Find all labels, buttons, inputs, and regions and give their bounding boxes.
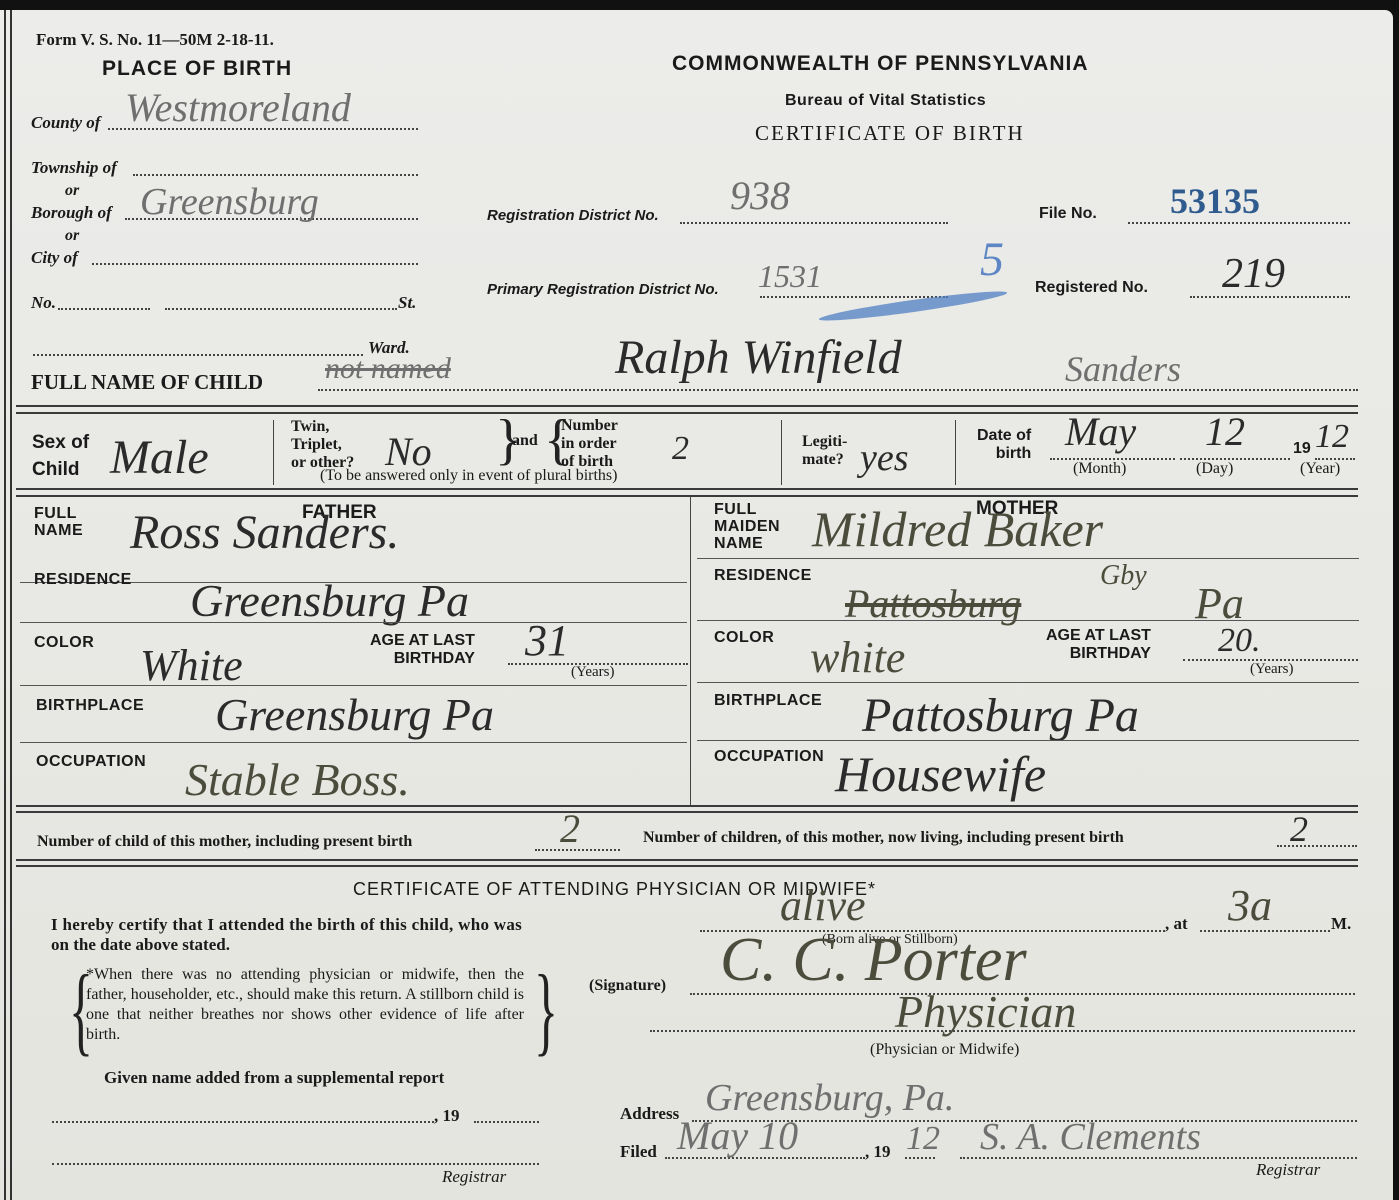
mother-rule-1 xyxy=(697,558,1359,559)
sex-label-2: Child xyxy=(32,459,80,481)
mother-rule-3 xyxy=(697,682,1359,683)
rule-3a xyxy=(16,805,1358,807)
city-label: City of xyxy=(31,248,78,268)
mother-occupation-label: OCCUPATION xyxy=(714,748,824,766)
registrar-label: Registrar xyxy=(1256,1160,1320,1180)
township-line xyxy=(133,174,418,176)
father-residence-label: RESIDENCE xyxy=(34,571,132,589)
mother-name-label: FULL MAIDEN NAME xyxy=(714,501,780,552)
filed-year-prefix: , 19 xyxy=(865,1142,891,1162)
mother-years-caption: (Years) xyxy=(1250,661,1293,678)
father-name-value: Ross Sanders. xyxy=(130,505,399,560)
mother-age-label-2: BIRTHDAY xyxy=(1046,645,1151,663)
mother-birthplace-label: BIRTHPLACE xyxy=(714,692,822,710)
father-rule-2 xyxy=(20,622,687,623)
or-label-1: or xyxy=(65,182,79,200)
at-label: , at xyxy=(1165,914,1188,934)
left-border-outer xyxy=(4,10,6,1200)
dob-day-value: 12 xyxy=(1205,408,1245,455)
dob-label-line-1: Date of xyxy=(977,427,1031,445)
day-caption: (Day) xyxy=(1196,460,1233,478)
mother-name-label-2: MAIDEN xyxy=(714,518,780,535)
m-label: M. xyxy=(1331,914,1351,934)
twin-label: Twin, Triplet, or other? xyxy=(291,418,354,472)
order-value: 2 xyxy=(672,430,689,468)
mother-name-label-1: FULL xyxy=(714,501,780,518)
divider-legit xyxy=(781,420,782,485)
mother-rule-4 xyxy=(697,740,1359,741)
time-value: 3a xyxy=(1228,880,1272,931)
plural-note: (To be answered only in event of plural … xyxy=(320,467,617,485)
primary-district-line xyxy=(760,296,948,298)
living-label: Number of children, of this mother, now … xyxy=(643,829,1124,847)
mother-color-value: white xyxy=(810,632,905,683)
child-surname: Sanders xyxy=(1065,348,1181,390)
ward-line xyxy=(33,354,363,356)
mother-color-label: COLOR xyxy=(714,629,774,647)
father-birthplace-label: BIRTHPLACE xyxy=(36,697,144,715)
rule-2b xyxy=(16,495,1358,497)
divider-twin xyxy=(273,420,274,485)
dob-year-value: 12 xyxy=(1315,418,1349,456)
primary-district-label: Primary Registration District No. xyxy=(487,281,719,298)
registration-district-value: 938 xyxy=(730,172,790,219)
child-name-struck: not named xyxy=(325,352,451,386)
rule-3b xyxy=(16,811,1358,813)
rule-1b xyxy=(16,412,1358,414)
supp-registrar-line xyxy=(52,1163,539,1165)
blue-pencil-mark: 5 xyxy=(980,232,1004,287)
address-label: Address xyxy=(620,1104,679,1124)
supplemental-label: Given name added from a supplemental rep… xyxy=(104,1068,444,1088)
father-age-value: 31 xyxy=(525,615,569,666)
father-birthplace-value: Greensburg Pa xyxy=(215,688,494,741)
order-label-line-2: in order xyxy=(561,435,618,453)
legit-label: Legiti- mate? xyxy=(802,433,847,469)
divider-date xyxy=(955,420,956,485)
registration-district-label: Registration District No. xyxy=(487,207,659,224)
year-caption: (Year) xyxy=(1300,460,1340,478)
father-residence-value: Greensburg Pa xyxy=(190,574,469,627)
father-occupation-value: Stable Boss. xyxy=(185,753,410,806)
father-name-label-1: FULL xyxy=(34,505,83,522)
sex-label-1: Sex of xyxy=(32,432,89,454)
mother-rule-2 xyxy=(697,620,1359,621)
or-label-2: or xyxy=(65,227,79,245)
alive-value: alive xyxy=(780,880,866,931)
child-name-label: FULL NAME OF CHILD xyxy=(31,370,263,395)
father-occupation-label: OCCUPATION xyxy=(36,753,146,771)
father-color-value: White xyxy=(140,640,243,691)
dob-year-prefix: 19 xyxy=(1293,440,1311,458)
rule-1a xyxy=(16,405,1358,407)
child-given-names: Ralph Winfield xyxy=(615,330,902,385)
month-caption: (Month) xyxy=(1073,460,1126,478)
father-rule-4 xyxy=(20,742,687,743)
title-value: Physician xyxy=(895,985,1076,1038)
dob-label: Date of birth xyxy=(977,427,1031,463)
borough-value: Greensburg xyxy=(140,180,319,224)
title-caption: (Physician or Midwife) xyxy=(870,1041,1019,1059)
supp-year-prefix: , 19 xyxy=(434,1106,460,1126)
father-years-caption: (Years) xyxy=(571,664,614,681)
child-name-line xyxy=(318,389,1358,391)
supp-name-line xyxy=(52,1121,434,1123)
signature-label: (Signature) xyxy=(589,977,666,995)
legit-value: yes xyxy=(860,436,909,480)
mother-residence-label: RESIDENCE xyxy=(714,567,812,585)
father-rule-3 xyxy=(20,685,687,686)
physician-note: *When there was no attending physician o… xyxy=(86,965,524,1045)
living-value: 2 xyxy=(1290,808,1308,850)
father-age-label: AGE AT LAST BIRTHDAY xyxy=(370,632,475,668)
township-label: Township of xyxy=(31,158,117,178)
father-age-label-2: BIRTHDAY xyxy=(370,650,475,668)
rule-4b xyxy=(16,865,1358,867)
father-age-label-1: AGE AT LAST xyxy=(370,632,475,650)
file-no-line xyxy=(1128,222,1350,224)
supp-registrar-label: Registrar xyxy=(442,1167,506,1187)
registered-no-value: 219 xyxy=(1222,250,1285,298)
twin-label-line-1: Twin, xyxy=(291,418,354,436)
form-id: Form V. S. No. 11—50M 2-18-11. xyxy=(36,30,274,50)
commonwealth-title: COMMONWEALTH OF PENNSYLVANIA xyxy=(672,52,1088,76)
place-of-birth-heading: PLACE OF BIRTH xyxy=(102,57,292,81)
registered-no-label: Registered No. xyxy=(1035,279,1148,297)
file-no-value: 53135 xyxy=(1170,180,1260,222)
mother-occupation-value: Housewife xyxy=(835,745,1046,803)
street-name-line xyxy=(165,308,397,310)
father-name-label-2: NAME xyxy=(34,522,83,539)
dob-month-value: May xyxy=(1065,408,1136,455)
divider-parents xyxy=(690,497,691,807)
mother-age-label: AGE AT LAST BIRTHDAY xyxy=(1046,627,1151,663)
registration-district-line xyxy=(680,222,948,224)
county-label: County of xyxy=(31,113,100,133)
mother-name-label-3: NAME xyxy=(714,535,780,552)
sex-value: Male xyxy=(110,430,209,485)
street-no-label: No. xyxy=(31,293,56,313)
street-label: St. xyxy=(398,293,416,313)
filed-date-value: May 10 xyxy=(677,1112,798,1159)
county-value: Westmoreland xyxy=(125,84,351,131)
legit-label-line-1: Legiti- xyxy=(802,433,847,451)
primary-district-value: 1531 xyxy=(758,258,822,295)
father-name-label: FULL NAME xyxy=(34,505,83,539)
certificate-title: CERTIFICATE OF BIRTH xyxy=(755,121,1025,146)
and-label: and xyxy=(512,432,538,450)
child-number-value: 2 xyxy=(560,805,580,852)
living-line xyxy=(1277,845,1357,847)
mother-age-value: 20. xyxy=(1218,622,1261,660)
rule-2a xyxy=(16,488,1358,490)
order-label: Number in order of birth xyxy=(561,417,618,471)
twin-label-line-2: Triplet, xyxy=(291,436,354,454)
certify-text: I hereby certify that I attended the bir… xyxy=(51,915,522,935)
legit-label-line-2: mate? xyxy=(802,451,847,469)
file-no-label: File No. xyxy=(1039,205,1097,223)
street-no-line xyxy=(58,308,150,310)
mother-name-value: Mildred Baker xyxy=(812,500,1103,558)
child-number-label: Number of child of this mother, includin… xyxy=(37,833,412,851)
mother-residence-insert: Gby xyxy=(1100,560,1147,592)
note-brace-right-icon: } xyxy=(534,960,558,1060)
mother-birthplace-value: Pattosburg Pa xyxy=(862,688,1139,743)
supp-year-line xyxy=(474,1121,539,1123)
filed-year-value: 12 xyxy=(906,1120,940,1158)
dob-label-line-2: birth xyxy=(977,445,1031,463)
father-color-label: COLOR xyxy=(34,634,94,652)
left-border-inner xyxy=(10,10,12,1200)
bureau-title: Bureau of Vital Statistics xyxy=(785,92,986,110)
rule-4a xyxy=(16,859,1358,861)
borough-label: Borough of xyxy=(31,203,112,223)
city-line xyxy=(92,263,418,265)
order-label-line-1: Number xyxy=(561,417,618,435)
mother-age-label-1: AGE AT LAST xyxy=(1046,627,1151,645)
filed-label: Filed xyxy=(620,1142,657,1162)
certify-text-2: on the date above stated. xyxy=(51,935,230,955)
registrar-signature: S. A. Clements xyxy=(980,1115,1201,1159)
